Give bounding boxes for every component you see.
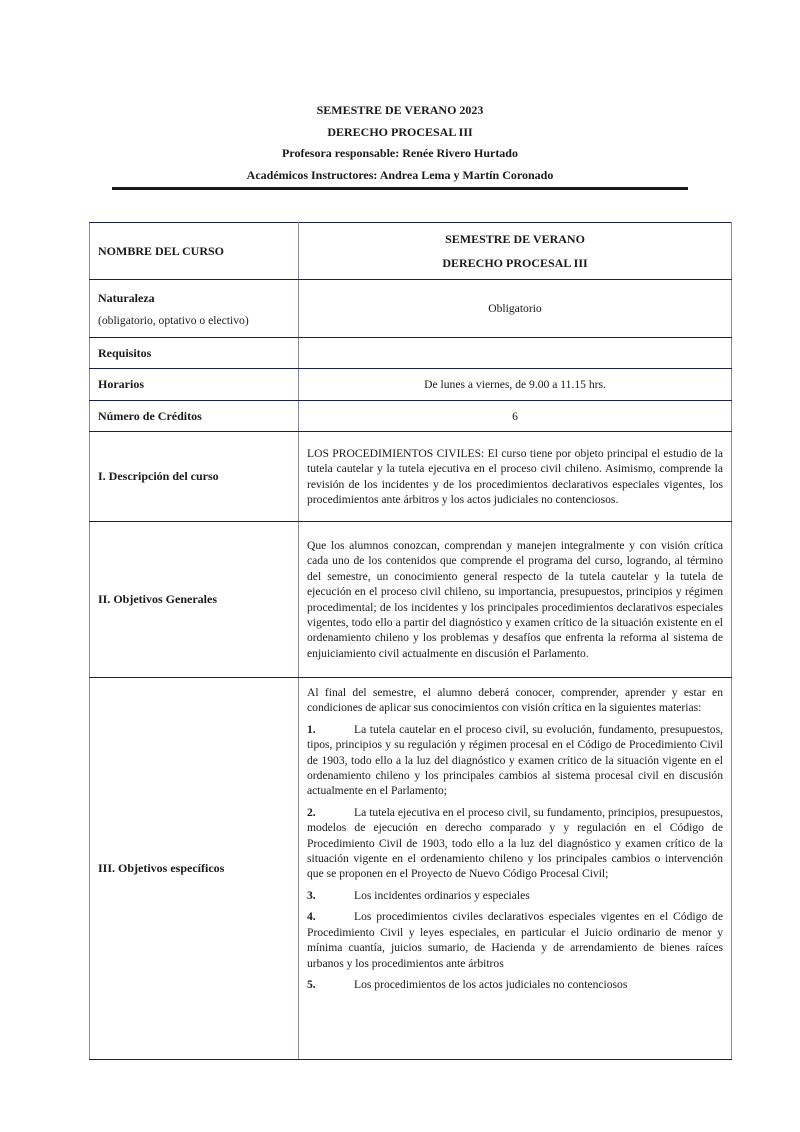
nombre-value-line1: SEMESTRE DE VERANO — [299, 227, 731, 251]
header-divider — [112, 187, 688, 190]
objetivos-generales-label: II. Objetivos Generales — [90, 522, 299, 678]
requisitos-value — [299, 338, 732, 369]
list-item-number: 4. — [307, 909, 354, 924]
table-row-objetivos-generales: II. Objetivos Generales Que los alumnos … — [90, 522, 732, 678]
instructors: Académicos Instructores: Andrea Lema y M… — [112, 165, 688, 187]
nombre-label: NOMBRE DEL CURSO — [90, 223, 299, 280]
descripcion-label: I. Descripción del curso — [90, 432, 299, 522]
objetivos-especificos-intro: Al final del semestre, el alumno deberá … — [307, 685, 723, 716]
table-row-nombre: NOMBRE DEL CURSO SEMESTRE DE VERANO DERE… — [90, 223, 732, 280]
descripcion-value: LOS PROCEDIMIENTOS CIVILES: El curso tie… — [299, 432, 732, 522]
table-row-requisitos: Requisitos — [90, 338, 732, 369]
table-row-objetivos-especificos: III. Objetivos específicos Al final del … — [90, 678, 732, 1060]
semester-title: SEMESTRE DE VERANO 2023 — [112, 100, 688, 122]
list-item-text: Los procedimientos de los actos judicial… — [354, 978, 627, 991]
naturaleza-sublabel: (obligatorio, optativo o electivo) — [98, 314, 298, 327]
requisitos-label: Requisitos — [90, 338, 299, 369]
creditos-value: 6 — [299, 401, 732, 432]
naturaleza-label-cell: Naturaleza (obligatorio, optativo o elec… — [90, 280, 299, 338]
list-item-number: 5. — [307, 977, 354, 992]
list-item: 5.Los procedimientos de los actos judici… — [307, 977, 723, 992]
list-item: 4.Los procedimientos civiles declarativo… — [307, 909, 723, 971]
creditos-label: Número de Créditos — [90, 401, 299, 432]
horarios-label: Horarios — [90, 369, 299, 401]
list-item-number: 3. — [307, 888, 354, 903]
document-header: SEMESTRE DE VERANO 2023 DERECHO PROCESAL… — [112, 100, 688, 186]
table-row-horarios: Horarios De lunes a viernes, de 9.00 a 1… — [90, 369, 732, 401]
nombre-value-line2: DERECHO PROCESAL III — [299, 251, 731, 275]
objetivos-generales-value: Que los alumnos conozcan, comprendan y m… — [299, 522, 732, 678]
objetivos-especificos-value: Al final del semestre, el alumno deberá … — [299, 678, 732, 1060]
list-item-text: La tutela cautelar en el proceso civil, … — [307, 723, 723, 798]
list-item-number: 2. — [307, 805, 354, 820]
naturaleza-label: Naturaleza — [98, 291, 155, 305]
list-item-number: 1. — [307, 722, 354, 737]
table-row-descripcion: I. Descripción del curso LOS PROCEDIMIEN… — [90, 432, 732, 522]
naturaleza-value: Obligatorio — [299, 280, 732, 338]
horarios-value: De lunes a viernes, de 9.00 a 11.15 hrs. — [299, 369, 732, 401]
course-title: DERECHO PROCESAL III — [112, 122, 688, 144]
list-item: 3.Los incidentes ordinarios y especiales — [307, 888, 723, 903]
list-item: 1.La tutela cautelar en el proceso civil… — [307, 722, 723, 799]
responsible-professor: Profesora responsable: Renée Rivero Hurt… — [112, 143, 688, 165]
list-item: 2.La tutela ejecutiva en el proceso civi… — [307, 805, 723, 882]
list-item-text: Los procedimientos civiles declarativos … — [307, 910, 723, 969]
objetivos-especificos-label: III. Objetivos específicos — [90, 678, 299, 1060]
nombre-value: SEMESTRE DE VERANO DERECHO PROCESAL III — [299, 223, 732, 280]
course-info-table: NOMBRE DEL CURSO SEMESTRE DE VERANO DERE… — [89, 222, 732, 1060]
list-item-text: La tutela ejecutiva en el proceso civil,… — [307, 806, 723, 881]
list-item-text: Los incidentes ordinarios y especiales — [354, 889, 530, 902]
table-row-naturaleza: Naturaleza (obligatorio, optativo o elec… — [90, 280, 732, 338]
table-row-creditos: Número de Créditos 6 — [90, 401, 732, 432]
